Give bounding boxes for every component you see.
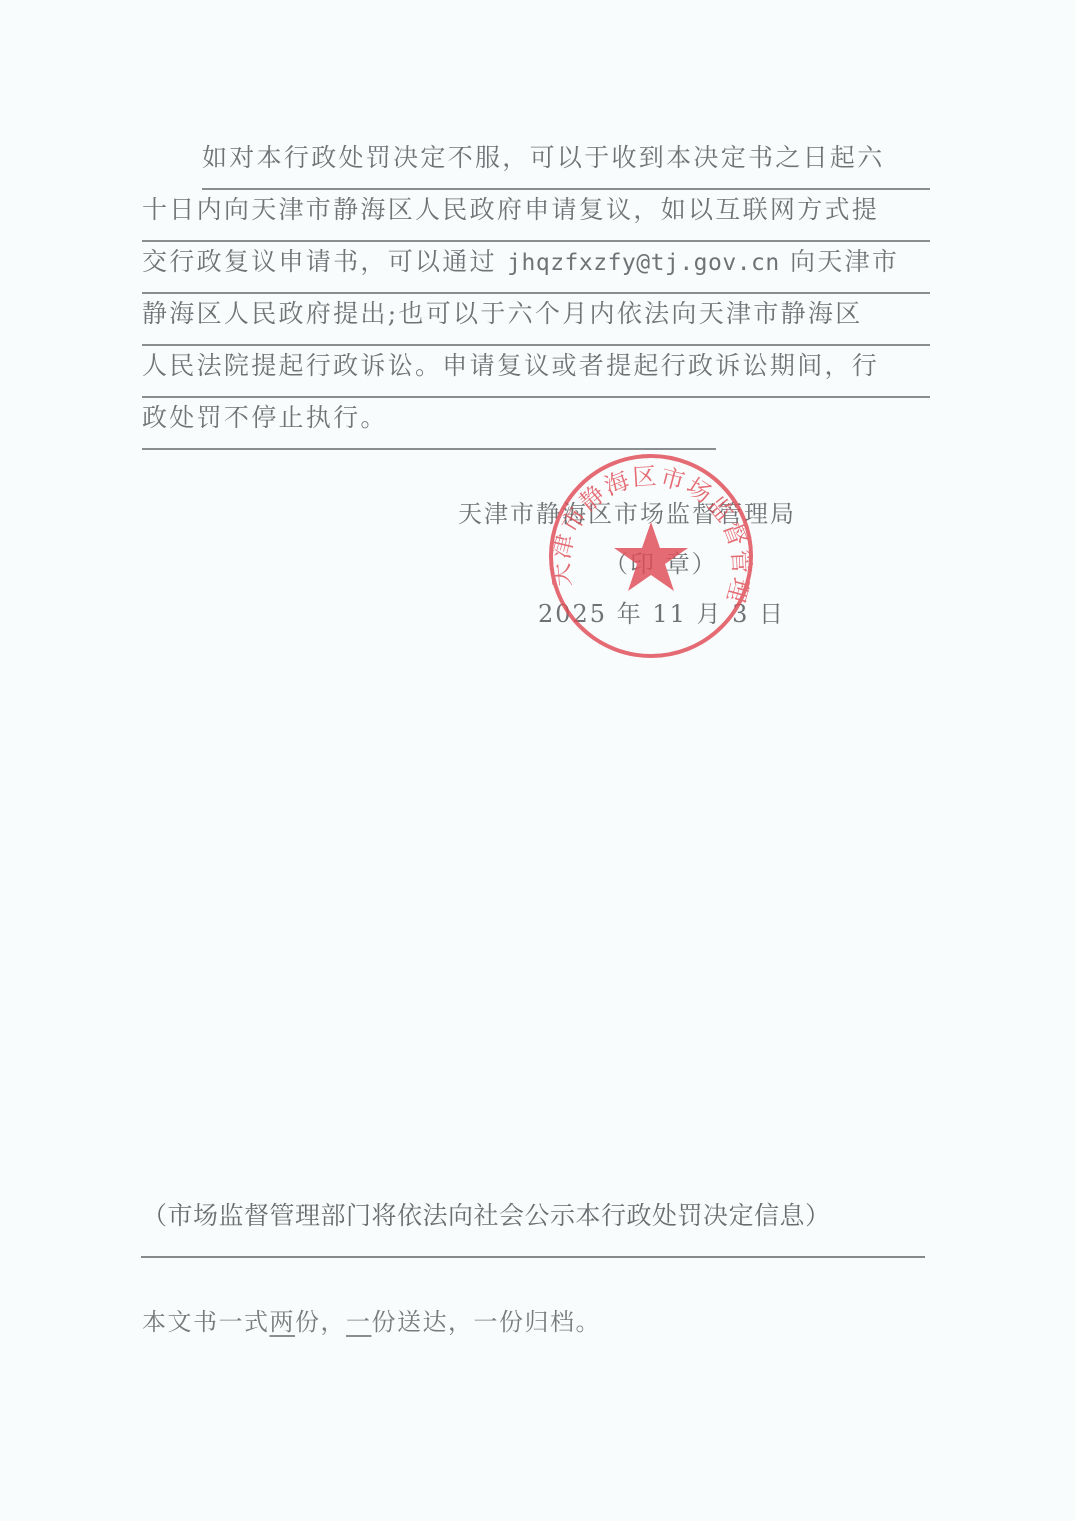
seal-label: （印 章）	[604, 544, 718, 579]
line-text: 交行政复议申请书，可以通过 jhqzfxzfy@tj.gov.cn 向天津市	[142, 242, 899, 283]
paragraph-line-3: 交行政复议申请书，可以通过 jhqzfxzfy@tj.gov.cn 向天津市	[142, 242, 930, 294]
copies-mid: 份，	[295, 1308, 346, 1336]
copies-suffix: 份送达，一份归档。	[372, 1308, 602, 1336]
email-address: jhqzfxzfy@tj.gov.cn	[507, 250, 780, 276]
line-text: 如对本行政处罚决定不服，可以于收到本决定书之日起六	[202, 138, 885, 178]
issue-date: 2025 年 11 月 3 日	[538, 594, 785, 629]
issuer-name: 天津市静海区市场监督管理局	[458, 494, 796, 529]
document-page: 如对本行政处罚决定不服，可以于收到本决定书之日起六 十日内向天津市静海区人民政府…	[0, 0, 1075, 1521]
line-text-suffix: 向天津市	[780, 247, 899, 276]
paragraph-line-6: 政处罚不停止执行。	[142, 398, 930, 450]
copies-prefix: 本文书一式	[142, 1308, 270, 1336]
underline	[142, 448, 716, 450]
divider	[141, 1256, 925, 1258]
paragraph-line-5: 人民法院提起行政诉讼。申请复议或者提起行政诉讼期间，行	[142, 346, 930, 398]
line-text: 静海区人民政府提出;也可以于六个月内依法向天津市静海区	[142, 294, 863, 334]
copies-served-count: 一	[346, 1308, 372, 1336]
paragraph-line-4: 静海区人民政府提出;也可以于六个月内依法向天津市静海区	[142, 294, 930, 346]
line-text: 政处罚不停止执行。	[142, 398, 388, 438]
svg-text:天津市静海区市场监督管理局: 天津市静海区市场监督管理局	[545, 452, 755, 607]
line-text: 十日内向天津市静海区人民政府申请复议，如以互联网方式提	[142, 190, 879, 230]
seal-ring-text: 天津市静海区市场监督管理局	[545, 452, 755, 607]
paragraph-line-1: 如对本行政处罚决定不服，可以于收到本决定书之日起六	[142, 138, 930, 190]
copies-total-count: 两	[270, 1308, 296, 1336]
paragraph-line-2: 十日内向天津市静海区人民政府申请复议，如以互联网方式提	[142, 190, 930, 242]
public-notice: （市场监督管理部门将依法向社会公示本行政处罚决定信息）	[142, 1196, 831, 1232]
copies-note: 本文书一式两份，一份送达，一份归档。	[142, 1302, 601, 1337]
line-text: 人民法院提起行政诉讼。申请复议或者提起行政诉讼期间，行	[142, 346, 879, 386]
line-text-prefix: 交行政复议申请书，可以通过	[142, 247, 507, 276]
